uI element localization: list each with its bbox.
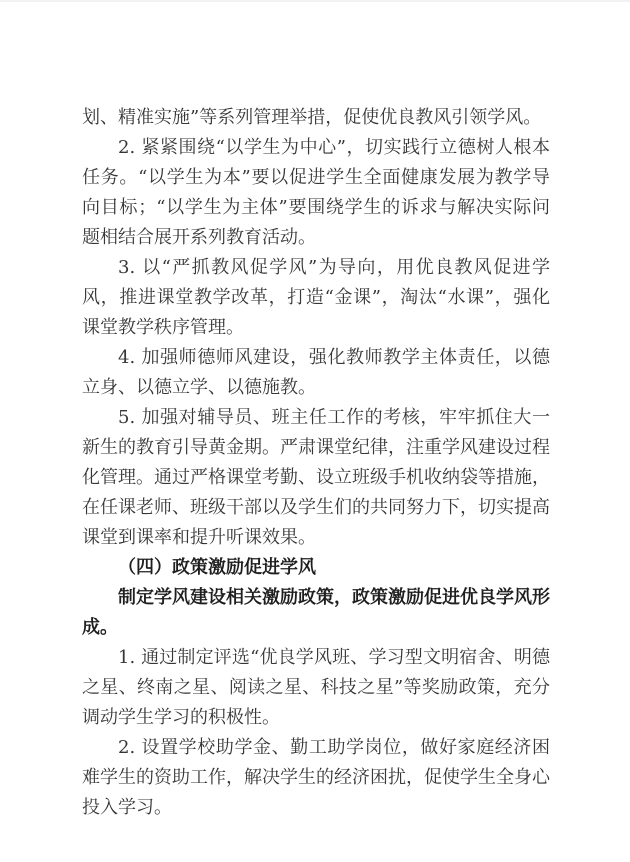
paragraph-item-3: 3. 以“严抓教风促学风”为导向，用优良教风促进学风，推进课堂教学改革，打造“金… [82, 253, 550, 343]
section-lead-sentence: 制定学风建设相关激励政策，政策激励促进优良学风形成。 [82, 583, 550, 643]
paragraph-item-4: 4. 加强师德师风建设，强化教师教学主体责任，以德立身、以德立学、以德施教。 [82, 343, 550, 403]
paragraph-continuation: 划、精准实施”等系列管理举措，促使优良教风引领学风。 [82, 103, 550, 133]
paragraph-item-2: 2. 紧紧围绕“以学生为中心”，切实践行立德树人根本任务。“以学生为本”要以促进… [82, 133, 550, 253]
section-heading-four: （四）政策激励促进学风 [82, 553, 550, 583]
paragraph-policy-1: 1. 通过制定评选“优良学风班、学习型文明宿舍、明德之星、终南之星、阅读之星、科… [82, 643, 550, 733]
document-page: 划、精准实施”等系列管理举措，促使优良教风引领学风。 2. 紧紧围绕“以学生为中… [0, 0, 630, 862]
document-body: 划、精准实施”等系列管理举措，促使优良教风引领学风。 2. 紧紧围绕“以学生为中… [82, 103, 550, 823]
paragraph-item-5: 5. 加强对辅导员、班主任工作的考核，牢牢抓住大一新生的教育引导黄金期。严肃课堂… [82, 403, 550, 553]
paragraph-policy-2: 2. 设置学校助学金、勤工助学岗位，做好家庭经济困难学生的资助工作，解决学生的经… [82, 733, 550, 823]
